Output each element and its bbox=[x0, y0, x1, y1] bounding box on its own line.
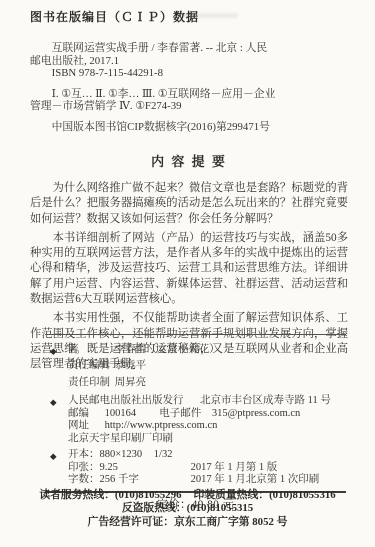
words-cell: 字数：256 千字 bbox=[68, 474, 188, 487]
publisher-address: 北京市丰台区成寿寺路 11 号 bbox=[200, 395, 331, 408]
print-supervisor-label: 责任印制 bbox=[68, 375, 112, 391]
service-quality-hotline-line: 读者服务热线：(010)81055296印装质量热线：(010)81055316 bbox=[0, 489, 375, 502]
service-hotline-number: (010)81055296 bbox=[115, 489, 182, 501]
author-label: 著 bbox=[68, 342, 112, 358]
credits-group: ◆ 著 李春雷（文泉小火花） 责任编辑 恭竟平 责任印制 周昇亮 bbox=[45, 342, 346, 391]
editor-row: 责任编辑 恭竟平 bbox=[45, 358, 346, 374]
colophon-block: ◆ 著 李春雷（文泉小火花） 责任编辑 恭竟平 责任印制 周昇亮 ◆ 人民邮电出… bbox=[45, 334, 346, 512]
author-row: ◆ 著 李春雷（文泉小火花） bbox=[45, 342, 346, 358]
quality-hotline-label: 印装质量热线： bbox=[194, 489, 270, 501]
editor-name: 恭竟平 bbox=[115, 360, 147, 371]
format-group: ◆ 开本：880×1230 1/32 印张：9.25 2017 年 1 月第 1… bbox=[45, 449, 346, 487]
edition-info: 2017 年 1 月第 1 版 bbox=[191, 462, 278, 473]
ad-license-number: 京东工商广字第 8052 号 bbox=[174, 516, 287, 528]
antipiracy-hotline-line: 反盗版热线：(010)81055315 bbox=[0, 502, 375, 515]
publisher-name: 人民邮电出版社出版发行 bbox=[68, 395, 184, 406]
hotline-footer: 读者服务热线：(010)81055296印装质量热线：(010)81055316… bbox=[0, 489, 375, 529]
website-label: 网址 bbox=[68, 420, 102, 433]
publisher-group: ◆ 人民邮电出版社出版发行 北京市丰台区成寿寺路 11 号 邮编 100164 … bbox=[45, 395, 346, 445]
cip-title-line-1: 互联网运营实战手册 / 李春雷著. -- 北京 : 人民 bbox=[30, 42, 349, 55]
words-label: 字数： bbox=[68, 474, 100, 485]
website-url: http://www.ptpress.com.cn bbox=[105, 420, 218, 431]
print-house-name: 北京天宇星印刷厂印刷 bbox=[68, 433, 173, 444]
cip-class-line-2: 管理－市场营销学 Ⅳ. ①F274-39 bbox=[30, 100, 349, 113]
postcode-email-row: 邮编 100164 电子邮件 315@ptpress.com.cn bbox=[45, 408, 346, 421]
sheets-label: 印张： bbox=[68, 462, 100, 473]
cip-heading: 图书在版编目（ＣＩＰ）数据 bbox=[30, 8, 349, 25]
print-supervisor-row: 责任印制 周昇亮 bbox=[45, 375, 346, 391]
postcode-label: 邮编 bbox=[68, 408, 102, 421]
editor-label: 责任编辑 bbox=[68, 358, 112, 374]
quality-hotline-number: (010)81055316 bbox=[269, 489, 336, 501]
impression-info: 2017 年 1 月北京第 1 次印刷 bbox=[191, 474, 320, 485]
author-name: 李春雷（文泉小火花） bbox=[115, 344, 220, 355]
antipiracy-number: (010)81055315 bbox=[187, 502, 254, 514]
email-value: 315@ptpress.com.cn bbox=[212, 408, 300, 419]
format-label: 开本： bbox=[68, 449, 100, 460]
diamond-bullet-icon: ◆ bbox=[50, 343, 57, 359]
sheets-edition-row: 印张：9.25 2017 年 1 月第 1 版 bbox=[45, 462, 346, 475]
cip-record-number: 中国版本图书馆CIP数据核字(2016)第299471号 bbox=[30, 121, 349, 134]
cip-body: 互联网运营实战手册 / 李春雷著. -- 北京 : 人民 邮电出版社, 2017… bbox=[30, 42, 349, 134]
service-hotline-label: 读者服务热线： bbox=[39, 489, 115, 501]
words-value: 256 千字 bbox=[100, 474, 139, 485]
divider-top bbox=[45, 334, 346, 335]
antipiracy-label: 反盗版热线： bbox=[122, 502, 187, 514]
book-copyright-page: 图书在版编目（ＣＩＰ）数据 互联网运营实战手册 / 李春雷著. -- 北京 : … bbox=[0, 0, 375, 547]
email-label: 电子邮件 bbox=[159, 408, 209, 421]
print-supervisor-name: 周昇亮 bbox=[115, 377, 147, 388]
format-row: ◆ 开本：880×1230 1/32 bbox=[45, 449, 346, 462]
abstract-paragraph: 本书详细剖析了网站（产品）的运营技巧与实战，涵盖50多种实用的互联网运营方法，是… bbox=[30, 231, 348, 307]
sheets-value: 9.25 bbox=[100, 462, 118, 473]
print-house-row: 北京天宇星印刷厂印刷 bbox=[45, 433, 346, 446]
format-value: 880×1230 bbox=[100, 449, 143, 460]
postcode-value: 100164 bbox=[105, 408, 157, 421]
ad-license-line: 广告经营许可证：京东工商广字第 8052 号 bbox=[0, 516, 375, 529]
abstract-paragraph: 为什么网络推广做不起来？微信文章也是套路？标题党的背后是什么？把服务器搞瘫痪的活… bbox=[30, 181, 348, 227]
cip-class-line-1: Ⅰ. ①互… Ⅱ. ①李… Ⅲ. ①互联网络－应用－企业 bbox=[30, 88, 349, 101]
cip-isbn: ISBN 978-7-115-44291-8 bbox=[30, 67, 349, 80]
website-row: 网址 http://www.ptpress.com.cn bbox=[45, 420, 346, 433]
publisher-row: ◆ 人民邮电出版社出版发行 北京市丰台区成寿寺路 11 号 bbox=[45, 395, 346, 408]
cip-block: 图书在版编目（ＣＩＰ）数据 互联网运营实战手册 / 李春雷著. -- 北京 : … bbox=[30, 8, 349, 134]
cip-title-line-2: 邮电出版社, 2017.1 bbox=[30, 55, 349, 68]
abstract-heading: 内 容 提 要 bbox=[30, 151, 348, 170]
format-ratio: 1/32 bbox=[154, 449, 173, 460]
sheets-cell: 印张：9.25 bbox=[68, 462, 188, 475]
words-impression-row: 字数：256 千字 2017 年 1 月北京第 1 次印刷 bbox=[45, 474, 346, 487]
ad-license-label: 广告经营许可证： bbox=[88, 516, 174, 528]
